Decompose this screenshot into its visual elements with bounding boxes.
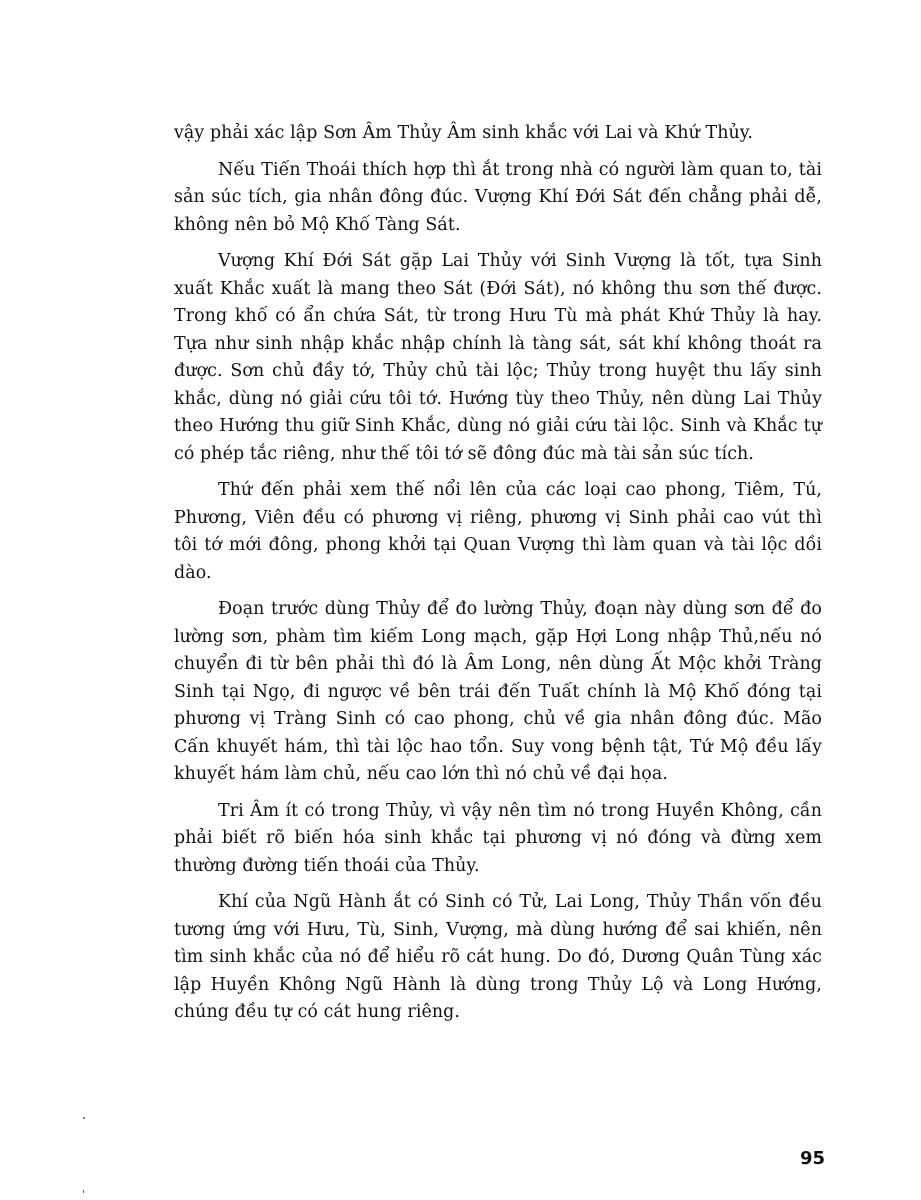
paragraph-1: vậy phải xác lập Sơn Âm Thủy Âm sinh khắ… bbox=[174, 120, 822, 148]
paragraph-5: Đoạn trước dùng Thủy để đo lường Thủy, đ… bbox=[174, 596, 822, 789]
paragraph-2: Nếu Tiến Thoái thích hợp thì ắt trong nh… bbox=[174, 157, 822, 240]
paragraph-6: Tri Âm ít có trong Thủy, vì vậy nên tìm … bbox=[174, 798, 822, 881]
paragraph-3: Vượng Khí Đới Sát gặp Lai Thủy với Sinh … bbox=[174, 248, 822, 468]
page-number: 95 bbox=[800, 1148, 825, 1169]
paragraph-4: Thứ đến phải xem thế nổi lên của các loạ… bbox=[174, 477, 822, 587]
scan-speck bbox=[83, 1117, 85, 1119]
page-body: vậy phải xác lập Sơn Âm Thủy Âm sinh khắ… bbox=[174, 120, 822, 1036]
scan-speck bbox=[83, 1190, 84, 1193]
paragraph-7: Khí của Ngũ Hành ắt có Sinh có Tử, Lai L… bbox=[174, 889, 822, 1027]
